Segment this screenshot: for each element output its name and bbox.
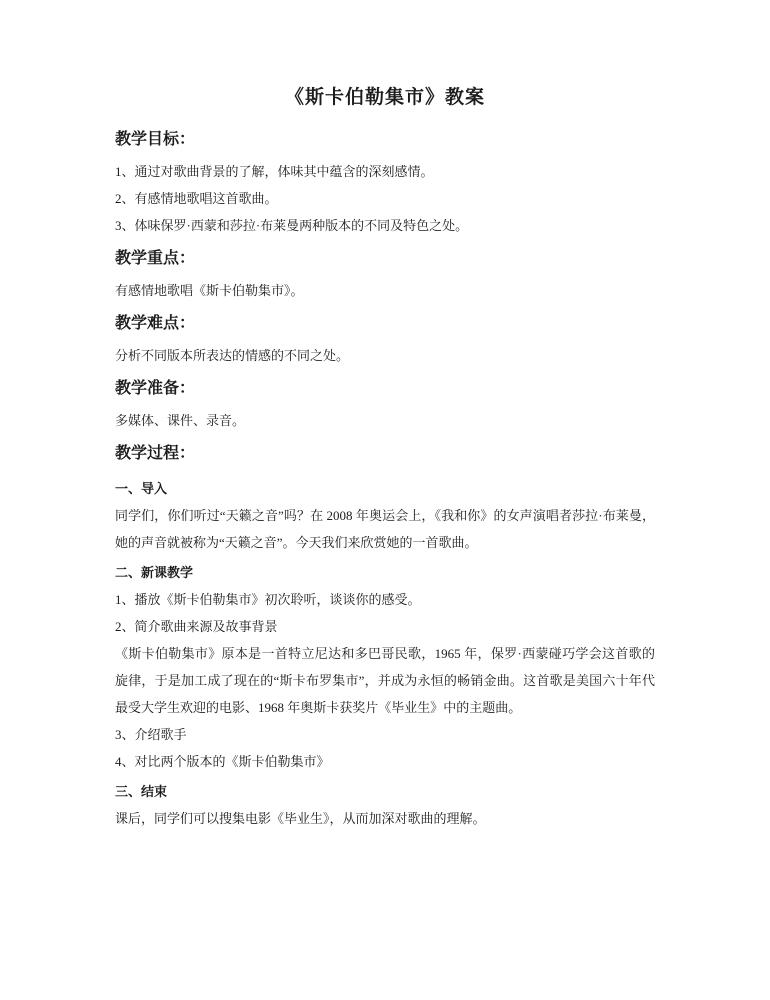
process-subheading-intro: 一、导入 [115, 475, 655, 502]
objective-item-3: 3、体味保罗·西蒙和莎拉·布莱曼两种版本的不同及特色之处。 [115, 212, 655, 239]
section-heading-difficulties: 教学难点： [115, 310, 655, 337]
preparation-text: 多媒体、课件、录音。 [115, 407, 655, 434]
document-page: 《斯卡伯勒集市》教案 教学目标： 1、通过对歌曲背景的了解，体味其中蕴含的深刻感… [0, 0, 770, 1000]
key-points-text: 有感情地歌唱《斯卡伯勒集市》。 [115, 277, 655, 304]
section-heading-key-points: 教学重点： [115, 245, 655, 272]
process-subheading-new-lesson: 二、新课教学 [115, 559, 655, 586]
section-heading-preparation: 教学准备： [115, 375, 655, 402]
section-heading-process: 教学过程： [115, 440, 655, 467]
document-title: 《斯卡伯勒集市》教案 [115, 84, 655, 112]
process-subheading-ending: 三、结束 [115, 778, 655, 805]
objective-item-2: 2、有感情地歌唱这首歌曲。 [115, 185, 655, 212]
new-lesson-step-2: 2、简介歌曲来源及故事背景 [115, 613, 655, 640]
difficulties-text: 分析不同版本所表达的情感的不同之处。 [115, 342, 655, 369]
section-heading-objectives: 教学目标： [115, 126, 655, 153]
new-lesson-step-3: 3、介绍歌手 [115, 721, 655, 748]
song-background-text: 《斯卡伯勒集市》原本是一首特立尼达和多巴哥民歌，1965 年，保罗·西蒙碰巧学会… [115, 640, 655, 721]
process-intro-text: 同学们，你们听过“天籁之音”吗？在 2008 年奥运会上，《我和你》的女声演唱者… [115, 502, 655, 556]
objective-item-1: 1、通过对歌曲背景的了解，体味其中蕴含的深刻感情。 [115, 158, 655, 185]
ending-text: 课后，同学们可以搜集电影《毕业生》，从而加深对歌曲的理解。 [115, 805, 655, 832]
new-lesson-step-4: 4、对比两个版本的《斯卡伯勒集市》 [115, 748, 655, 775]
new-lesson-step-1: 1、播放《斯卡伯勒集市》初次聆听，谈谈你的感受。 [115, 586, 655, 613]
